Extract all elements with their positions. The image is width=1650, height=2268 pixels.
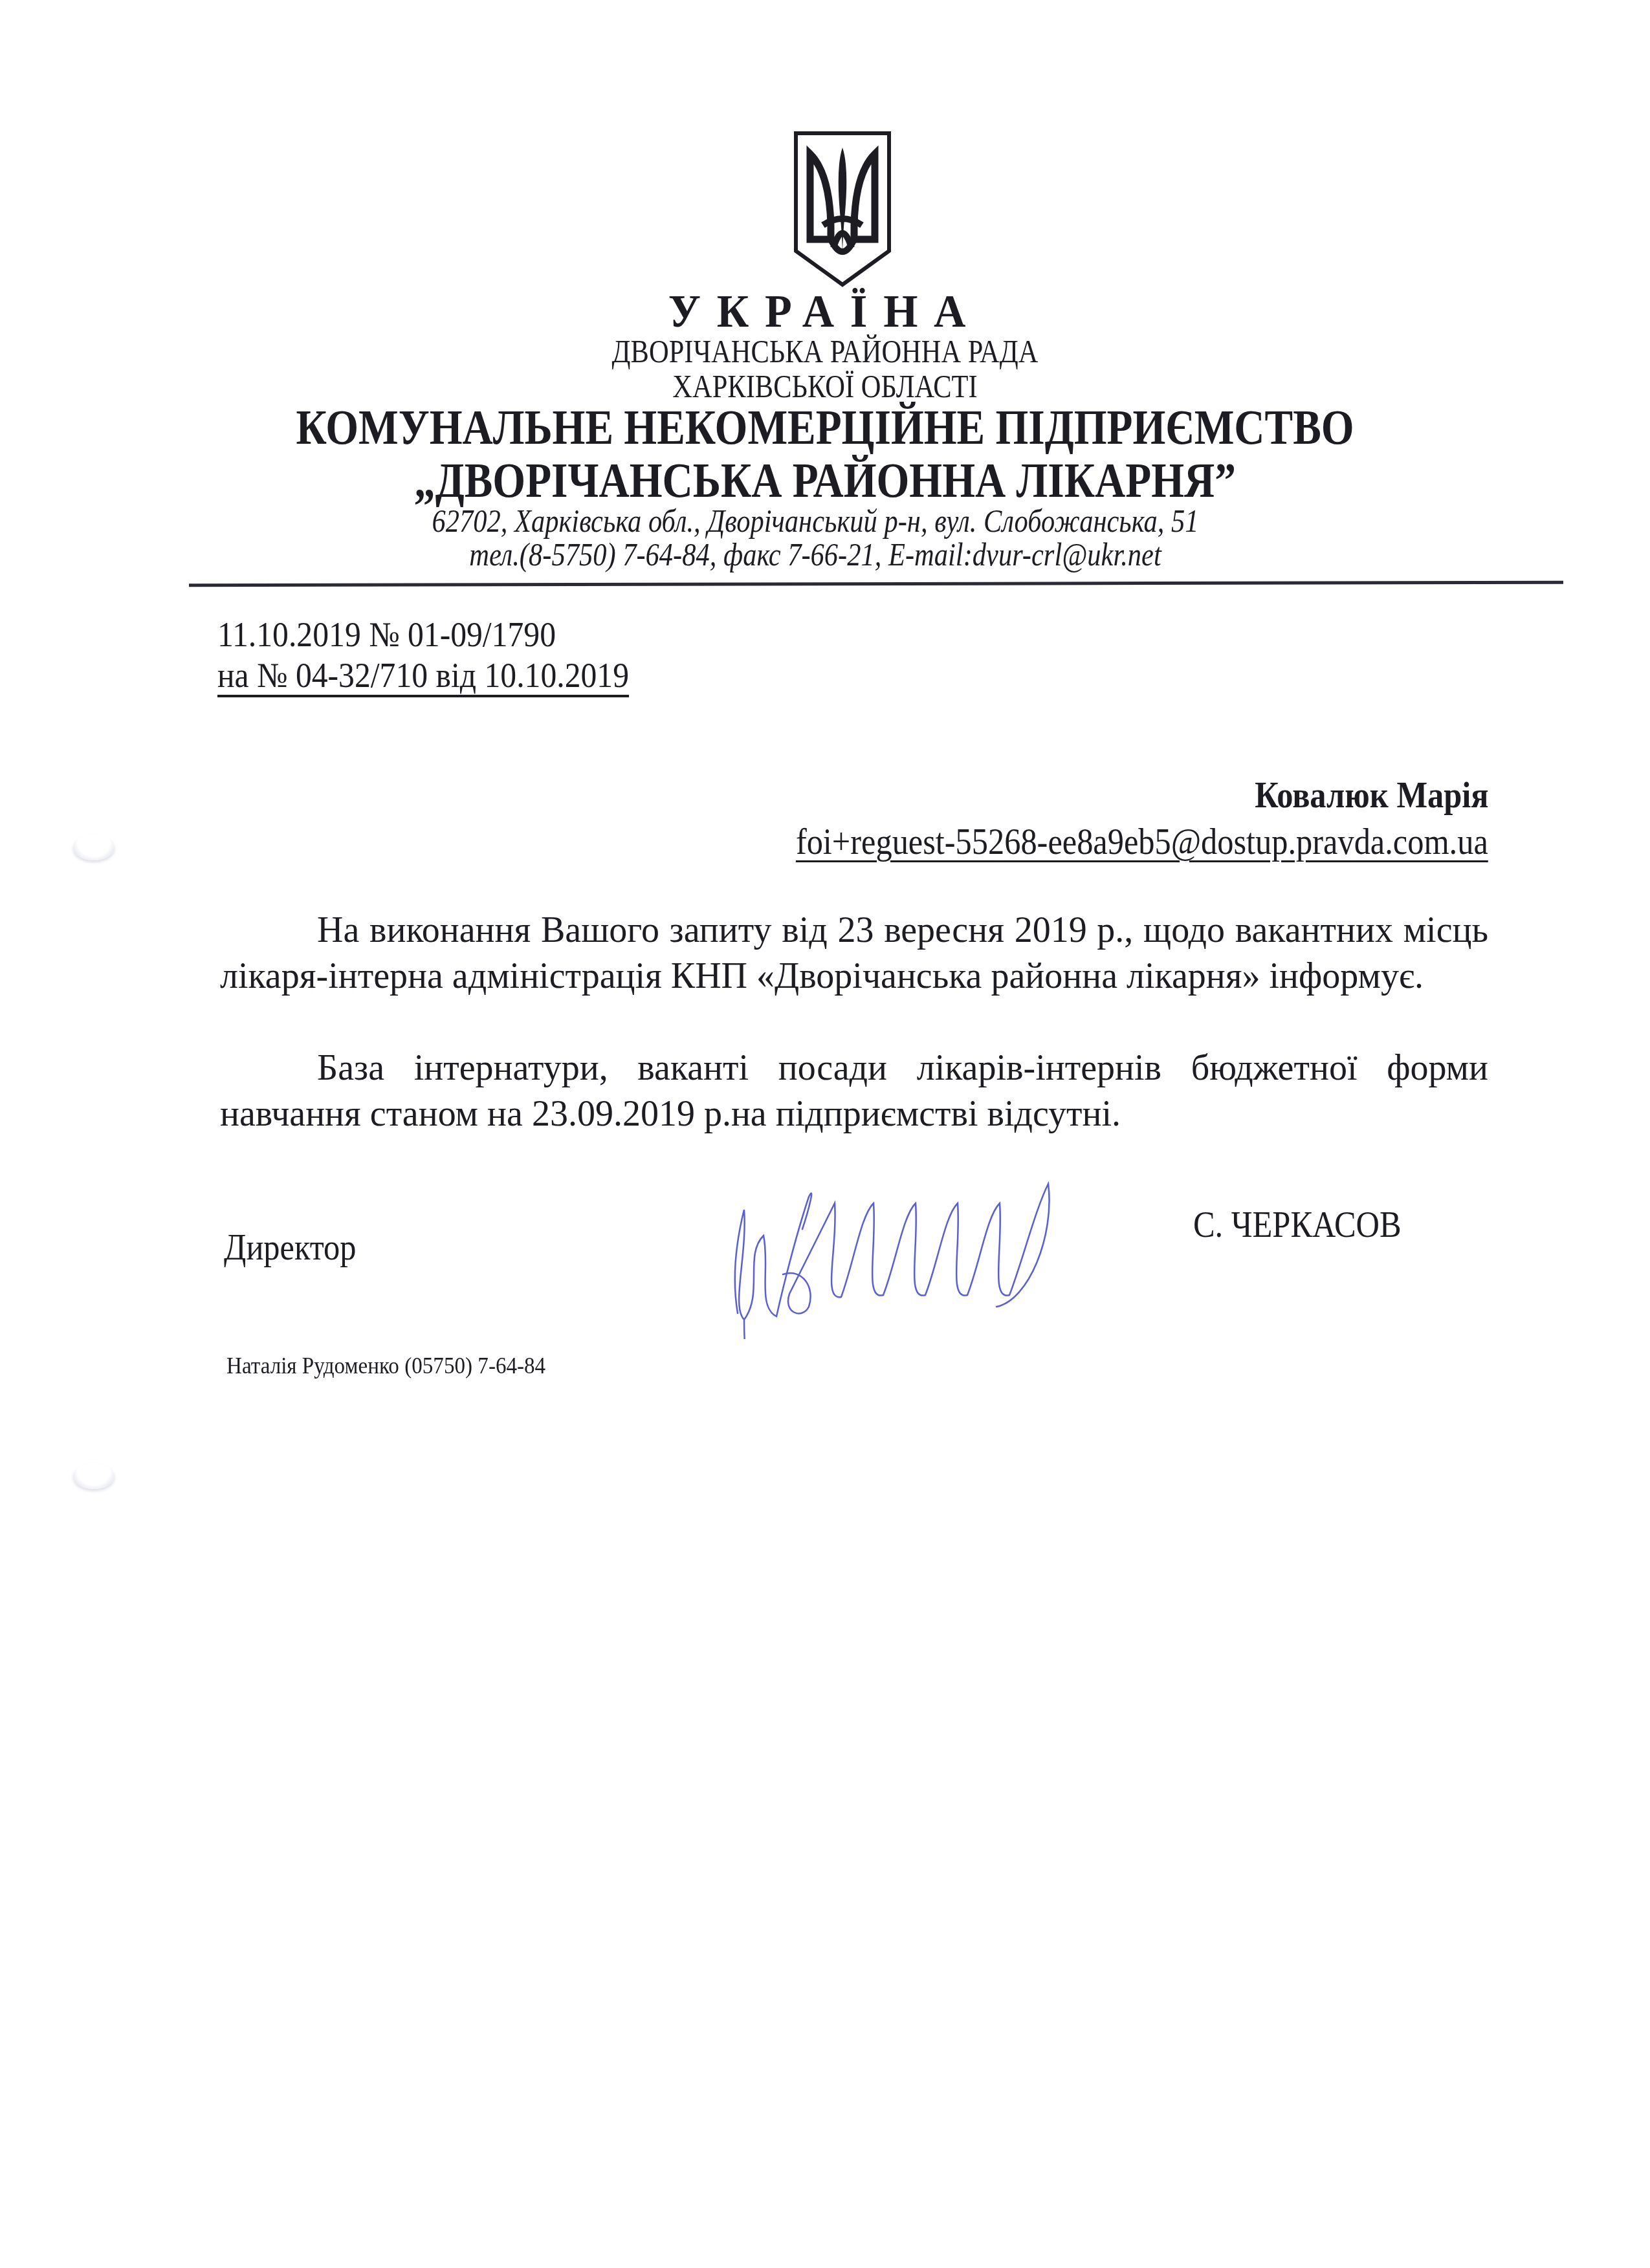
punch-hole <box>73 834 115 860</box>
organization-contacts: тел.(8-5750) 7-64-84, факс 7-66-21, E-ma… <box>408 536 1222 573</box>
punch-hole <box>73 1463 115 1489</box>
trident-coat-of-arms-icon <box>791 128 894 290</box>
signer-position: Директор <box>224 1227 357 1269</box>
letterhead-divider <box>189 581 1563 587</box>
organization-name-line2: „ДВОРІЧАНСЬКА РАЙОННА ЛІКАРНЯ” <box>116 453 1535 509</box>
district-council: ДВОРІЧАНСЬКА РАЙОННА РАДА <box>124 333 1526 370</box>
country-title: УКРАЇНА <box>41 285 1609 338</box>
signer-name: С. ЧЕРКАСОВ <box>1193 1205 1402 1246</box>
in-reply-to-reference: на № 04-32/710 від 10.10.2019 <box>217 655 629 695</box>
addressee-email[interactable]: foi+reguest-55268-ee8a9eb5@dostup.pravda… <box>796 822 1488 863</box>
signature-stroke <box>735 1184 1050 1339</box>
organization-address: 62702, Харківська обл., Дворічанський р-… <box>408 502 1222 540</box>
outgoing-reference: 11.10.2019 № 01-09/1790 <box>217 615 556 655</box>
body-paragraph: На виконання Вашого запиту від 23 вересн… <box>220 908 1488 999</box>
organization-name-line1: КОМУНАЛЬНЕ НЕКОМЕРЦІЙНЕ ПІДПРИЄМСТВО <box>116 400 1535 456</box>
executor-contact: Наталія Рудоменко (05750) 7-64-84 <box>226 1352 545 1379</box>
addressee-name: Ковалюк Марія <box>1255 775 1488 816</box>
handwritten-signature <box>718 1158 1139 1339</box>
body-paragraph: База інтернатури, ваканті посади лікарів… <box>220 1045 1488 1137</box>
